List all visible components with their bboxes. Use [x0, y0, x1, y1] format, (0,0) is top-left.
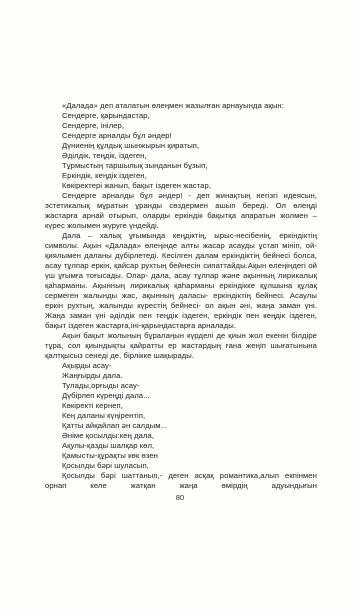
verse-line: Еркіндік, кеңдік іздеген,	[62, 171, 317, 181]
verse-line: Тулады,орғыды асау-	[62, 381, 317, 391]
dedication-verse: Сендерге, қарындастар, Сендерге, інілер,…	[45, 111, 317, 191]
paragraph-main-idea: Сендерге арналды бұл әндер! - деп жинақт…	[45, 191, 317, 231]
document-page: «Далада» деп аталатын өлеңмен жазылған а…	[0, 0, 360, 614]
verse-line: Ақулы-қазды шалқар көл,	[62, 441, 317, 451]
verse-line: Қатты айқайлап ән салдым...	[62, 421, 317, 431]
verse-line: Ақырды асау-	[62, 361, 317, 371]
verse-line: Әділдік, теңдік, іздеген,	[62, 151, 317, 161]
verse-line: Сендерге арналды бұл әндер!	[62, 131, 317, 141]
paragraph-steppe-symbol: Дала – халық ұғымында кеңдіктің, ырыс-не…	[45, 231, 317, 331]
verse-line: Дүниенің құлдық шынжырын қиратып,	[62, 141, 317, 151]
verse-line: Дүбірлеп күреңді дала...	[62, 391, 317, 401]
verse-line: Қосылды бәрі шуласып,	[62, 461, 317, 471]
text-block: «Далада» деп аталатын өлеңмен жазылған а…	[45, 101, 317, 491]
closing-paragraph: Қосылды бәрі шаттанып,- деген асқақ рома…	[45, 471, 317, 491]
verse-line: Жаңғырды дала.	[62, 371, 317, 381]
intro-paragraph: «Далада» деп аталатын өлеңмен жазылған а…	[45, 101, 317, 111]
verse-line: Көкіректері жанып, бақыт іздеген жастар,	[62, 181, 317, 191]
page-number: 80	[0, 493, 360, 502]
verse-line: Сендерге, інілер,	[62, 121, 317, 131]
verse-line: Әніме қосылды:кең дала,	[62, 431, 317, 441]
steppe-verse: Ақырды асау- Жаңғырды дала. Тулады,орғыд…	[45, 361, 317, 471]
verse-line: Көкіректі кернеп,	[62, 401, 317, 411]
paragraph-call-to-unity: Ақын бақыт жолының бұралаңын күрделі де …	[45, 331, 317, 361]
verse-line: Тұрмыстың таршылық зынданын бұзып,	[62, 161, 317, 171]
verse-line: Қамысты-құрақты көк өзен	[62, 451, 317, 461]
verse-line: Сендерге, қарындастар,	[62, 111, 317, 121]
verse-line: Кең даланы күңірентіп,	[62, 411, 317, 421]
